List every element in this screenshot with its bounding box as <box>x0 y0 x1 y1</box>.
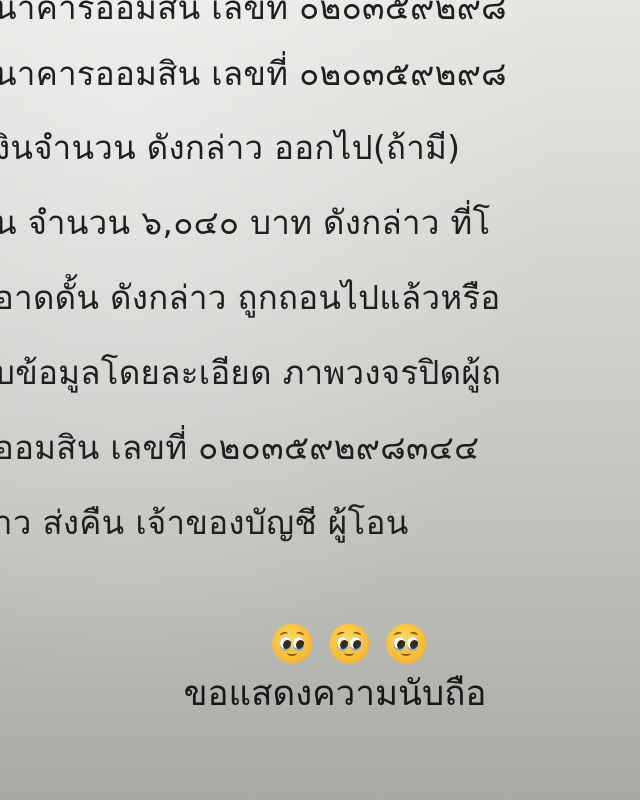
emoji-row <box>0 622 640 664</box>
document-line: น จำนวน ๖,๐๔๐ บาท ดังกล่าว ที่โ <box>0 203 491 243</box>
pleading-face-icon <box>329 624 369 664</box>
document-line: นาคารออมสิน เลขที่ ๐๒๐๓๕๙๒๙๘ <box>0 0 507 28</box>
document-line: ออมสิน เลขที่ ๐๒๐๓๕๙๒๙๘๓๔๔ <box>0 428 479 468</box>
document-line: บข้อมูลโดยละเอียด ภาพวงจรปิดผู้ถ <box>0 353 501 393</box>
pleading-face-icon <box>386 624 426 664</box>
document-line: นาคารออมสิน เลขที่ ๐๒๐๓๕๙๒๙๘ <box>0 54 507 94</box>
document-line: งินจำนวน ดังกล่าว ออกไป(ถ้ามี) <box>0 128 460 168</box>
pleading-face-icon <box>272 624 312 664</box>
closing-caption: ขอแสดงความนับถือ <box>0 672 640 716</box>
document-line: าว ส่งคืน เจ้าของบัญชี ผู้โอน <box>0 503 409 543</box>
document-line: อาดดั้น ดังกล่าว ถูกถอนไปแล้วหรือ <box>0 278 501 318</box>
